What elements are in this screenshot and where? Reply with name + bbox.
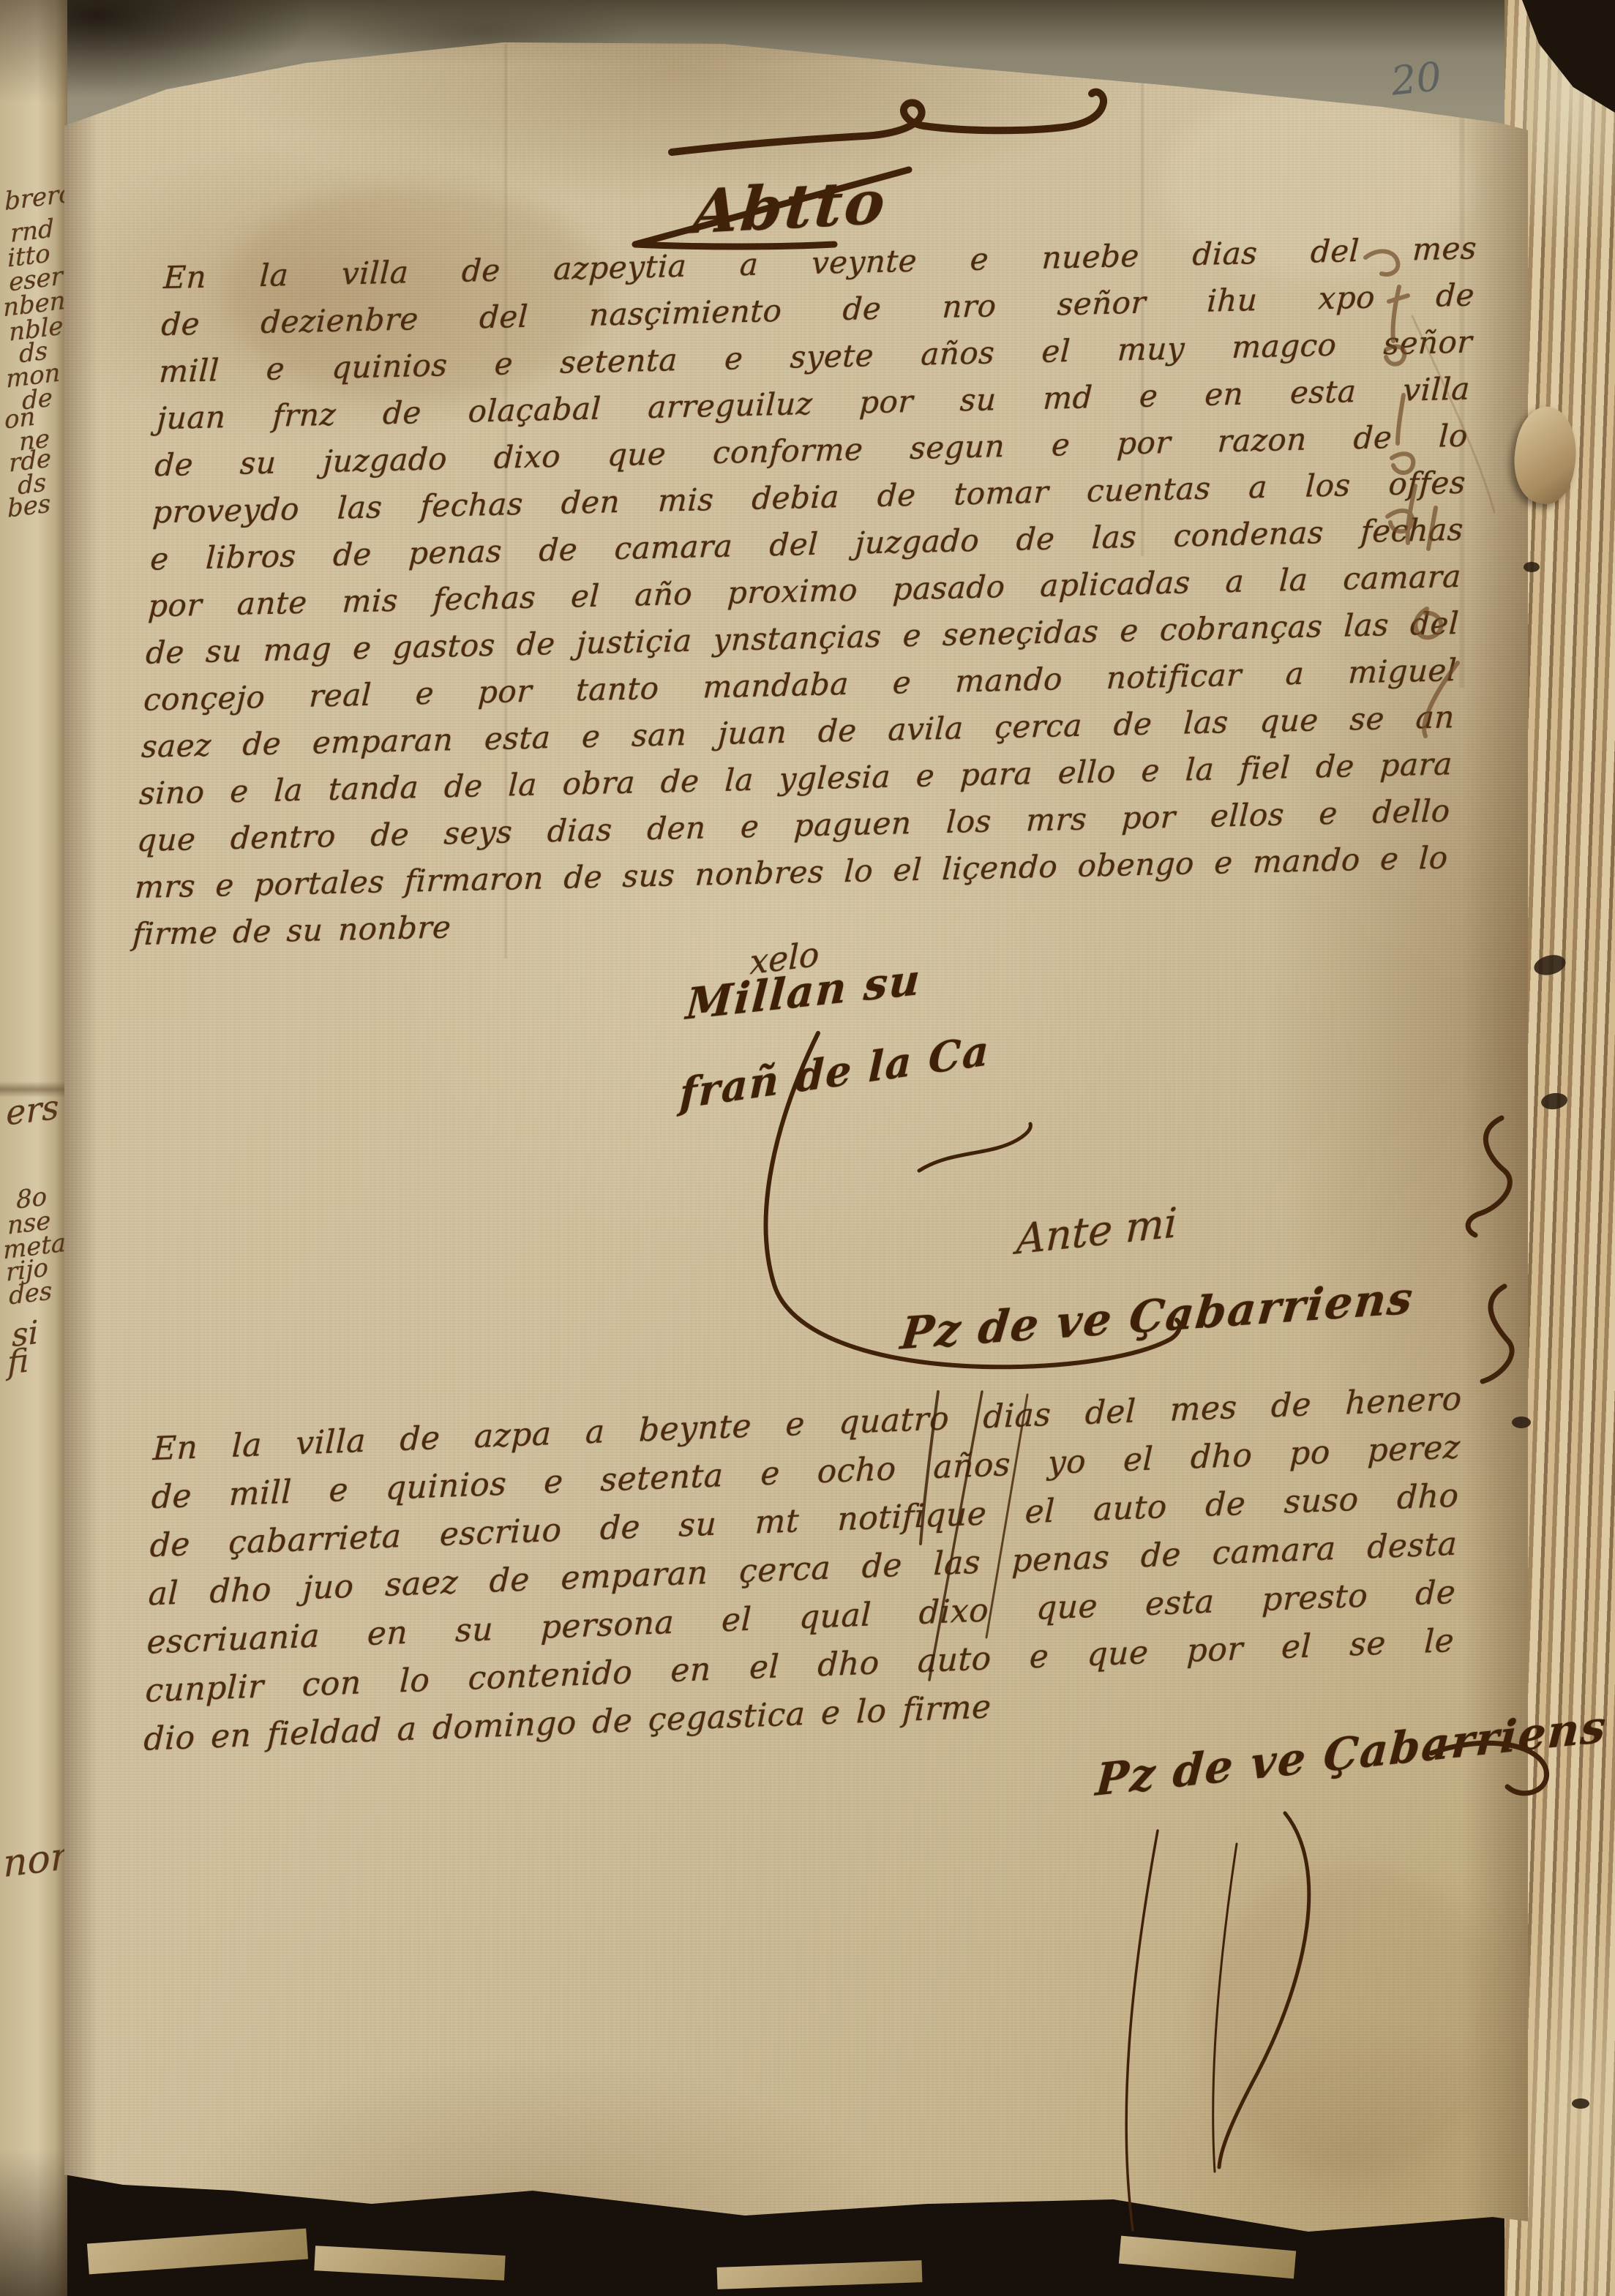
worm-hole (1524, 562, 1540, 572)
page-edge-debris (717, 2260, 923, 2289)
page-heading-auto: Abtto (689, 167, 890, 248)
adjacent-page-text-fragment: fi (7, 1342, 29, 1382)
page-edge-debris (1119, 2236, 1296, 2279)
manuscript-photo: brero rnd itto eser nben nble ds mon de … (0, 0, 1615, 2296)
paragraph-2: En la villa de azpa a beynte e quatro di… (143, 1375, 1462, 1764)
worm-hole (1572, 2098, 1589, 2109)
page-edge-debris (87, 2229, 308, 2275)
adjacent-page-text-fragment: des (9, 1276, 53, 1310)
adjacent-page-text-fragment: bes (7, 489, 51, 523)
adjacent-page-text-fragment: ers (6, 1087, 59, 1133)
worm-hole (1512, 1417, 1531, 1428)
page-edge-debris (314, 2246, 505, 2281)
paper-stain (1199, 1866, 1506, 2173)
adjacent-page-text-fragment: non (3, 1834, 75, 1886)
paragraph-1: En la villa de azpeytia a veynte e nuebe… (132, 225, 1478, 958)
folio-number: 20 (1389, 53, 1444, 105)
